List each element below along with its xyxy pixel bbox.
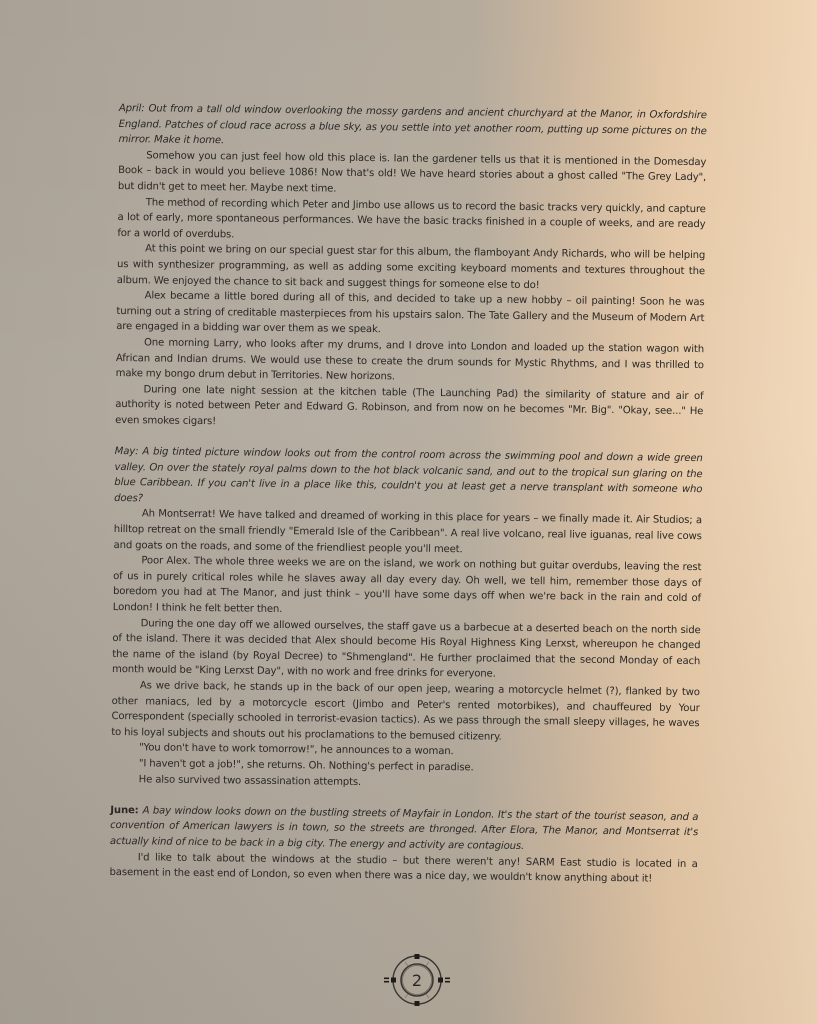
month-label: April: [119, 103, 145, 114]
page-number: 2 [412, 971, 422, 990]
paragraph: As we drive back, he stands up in the ba… [111, 678, 700, 748]
paragraph: During the one day off we allowed oursel… [112, 616, 701, 686]
paragraph: During one late night session at the kit… [115, 382, 704, 436]
section-april: April:Out from a tall old window overloo… [115, 101, 707, 436]
section-lead: May:A big tinted picture window looks ou… [114, 444, 703, 514]
paragraph: I'd like to talk about the windows at th… [109, 849, 697, 887]
journal-text: April:Out from a tall old window overloo… [109, 101, 707, 903]
porthole-ring-icon: 2 [382, 950, 452, 1010]
month-label: June: [110, 805, 138, 816]
paragraph: Ah Montserrat! We have talked and dreame… [113, 506, 702, 560]
paragraph: One morning Larry, who looks after my dr… [116, 335, 705, 389]
paragraph: Somehow you can just feel how old this p… [118, 148, 707, 202]
paragraph: The method of recording which Peter and … [117, 195, 706, 249]
paragraph: At this point we bring on our special gu… [117, 241, 706, 295]
paragraph: Poor Alex. The whole three weeks we are … [113, 553, 702, 623]
section-june: June:A bay window looks down on the bust… [109, 803, 698, 888]
lead-text: Out from a tall old window overlooking t… [118, 103, 706, 146]
section-may: May:A big tinted picture window looks ou… [111, 444, 703, 794]
month-label: May: [115, 446, 139, 457]
section-lead: April:Out from a tall old window overloo… [118, 101, 707, 155]
lead-text: A bay window looks down on the bustling … [110, 805, 698, 852]
paragraph: Alex became a little bored during all of… [116, 288, 705, 342]
section-lead: June:A bay window looks down on the bust… [110, 803, 699, 857]
lead-text: A big tinted picture window looks out fr… [114, 446, 703, 504]
page-number-emblem: 2 [382, 950, 452, 1010]
